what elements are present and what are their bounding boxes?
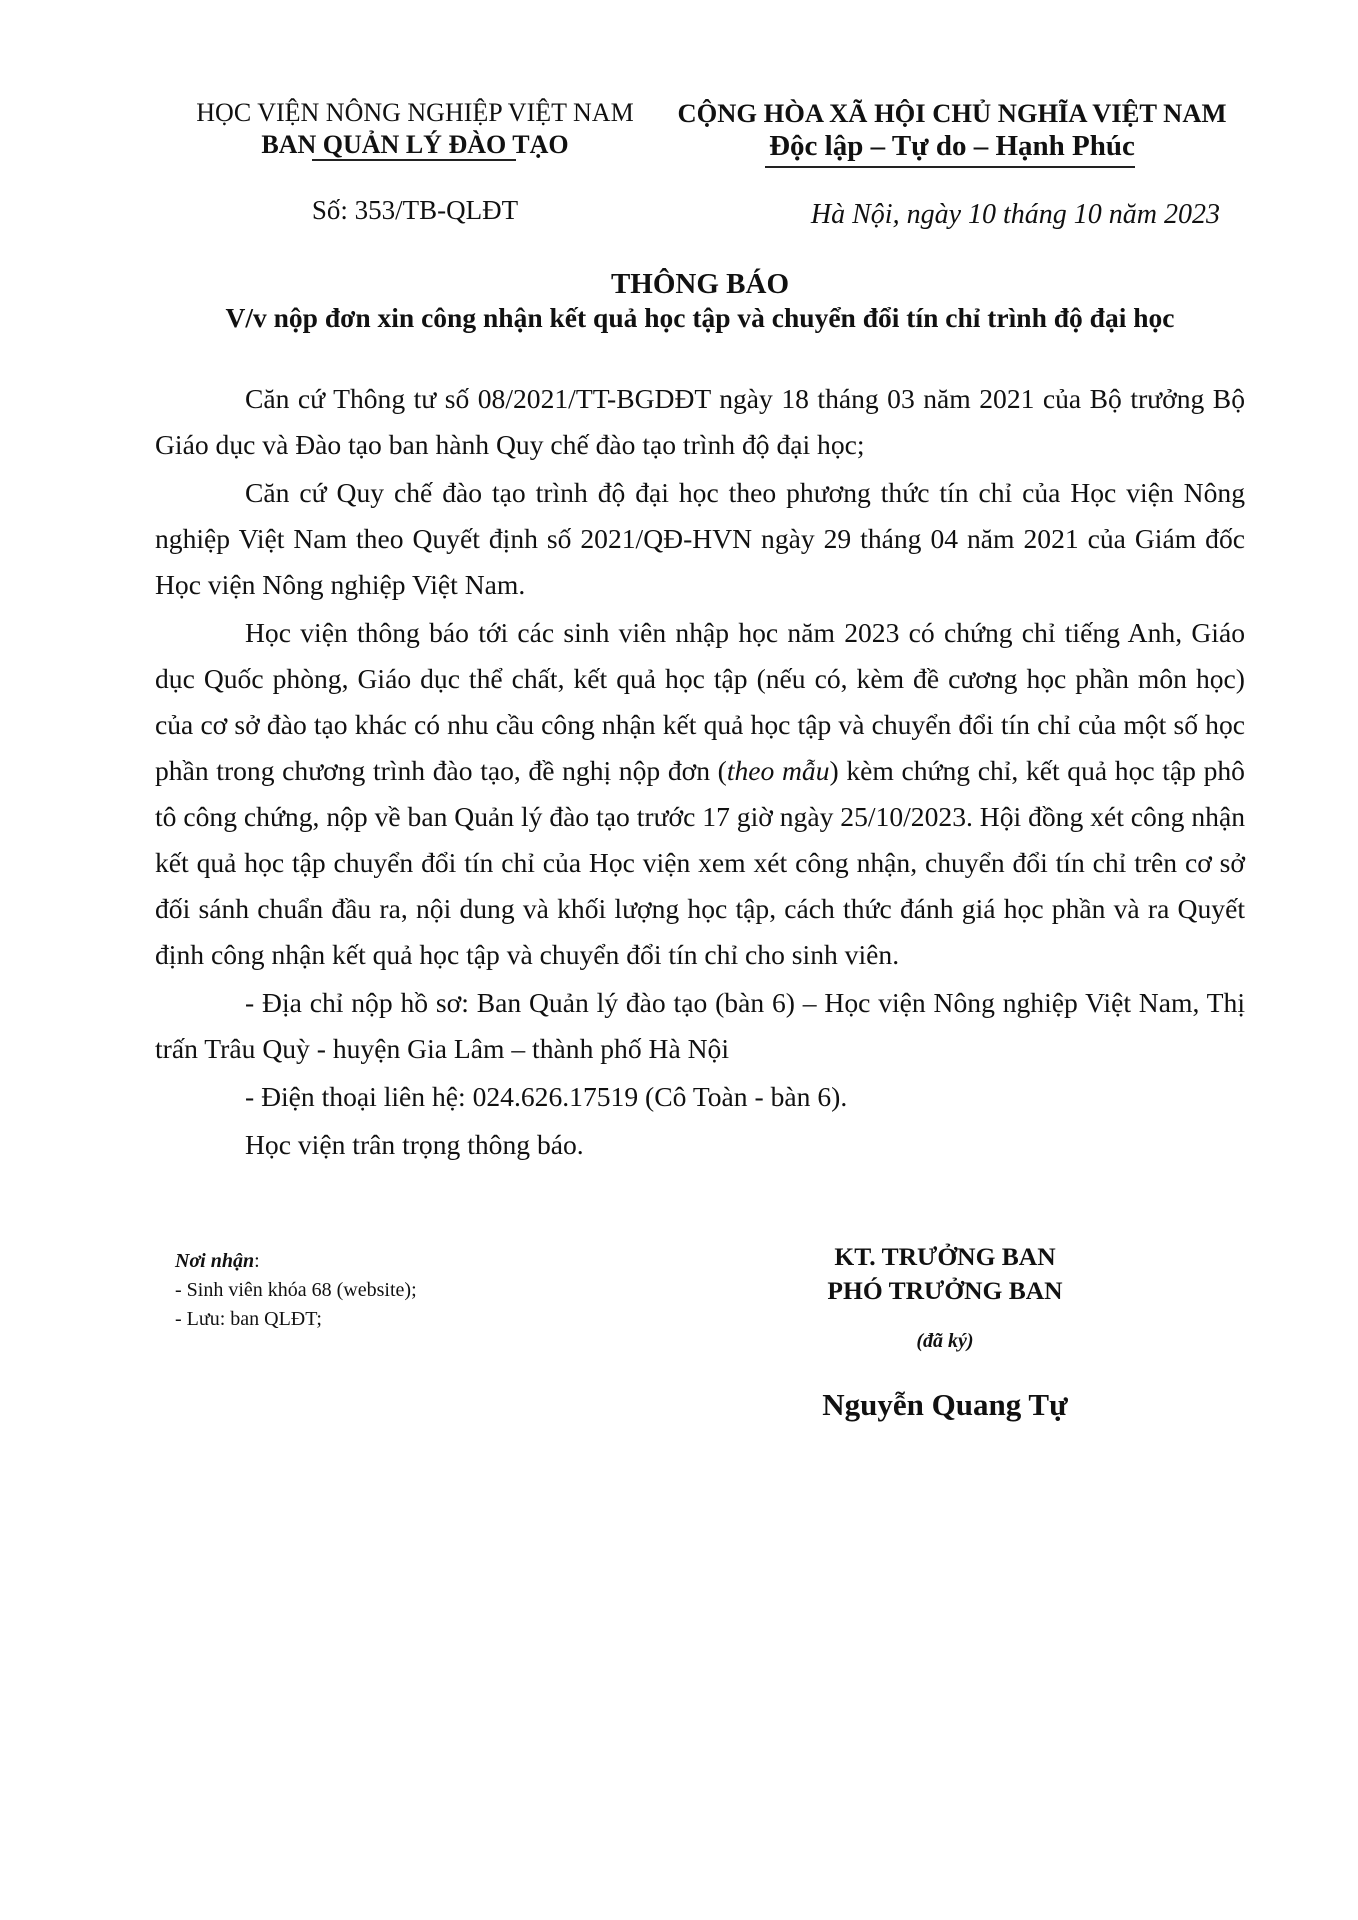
document-subject: V/v nộp đơn xin công nhận kết quả học tậ… <box>150 302 1250 334</box>
body-paragraph-legal-basis-1: Căn cứ Thông tư số 08/2021/TT-BGDĐT ngày… <box>155 376 1245 468</box>
signature-block: KT. TRƯỞNG BAN PHÓ TRƯỞNG BAN (đã ký) Ng… <box>780 1240 1110 1423</box>
body-paragraph-announcement: Học viện thông báo tới các sinh viên nhậ… <box>155 610 1245 978</box>
recipient-item: - Sinh viên khóa 68 (website); <box>175 1276 417 1305</box>
department-name: BAN QUẢN LÝ ĐÀO TẠO <box>190 130 640 160</box>
document-title: THÔNG BÁO <box>150 268 1250 301</box>
state-name: CỘNG HÒA XÃ HỘI CHỦ NGHĨA VIỆT NAM <box>672 98 1232 129</box>
recipients-block: Nơi nhận: - Sinh viên khóa 68 (website);… <box>175 1247 417 1334</box>
signer-role-secondary: PHÓ TRƯỞNG BAN <box>780 1274 1110 1308</box>
place-and-date: Hà Nội, ngày 10 tháng 10 năm 2023 <box>700 199 1220 231</box>
recipients-heading: Nơi nhận: <box>175 1247 417 1276</box>
institution-name: HỌC VIỆN NÔNG NGHIỆP VIỆT NAM <box>190 98 640 128</box>
signer-name: Nguyễn Quang Tự <box>780 1387 1110 1423</box>
signature-status: (đã ký) <box>780 1330 1110 1353</box>
motto-underline-divider <box>765 166 1135 168</box>
recipient-item: - Lưu: ban QLĐT; <box>175 1305 417 1334</box>
contact-phone: - Điện thoại liên hệ: 024.626.17519 (Cô … <box>155 1074 1245 1120</box>
document-body: Căn cứ Thông tư số 08/2021/TT-BGDĐT ngày… <box>155 376 1245 1170</box>
signer-role-primary: KT. TRƯỞNG BAN <box>780 1240 1110 1274</box>
body-paragraph-legal-basis-2: Căn cứ Quy chế đào tạo trình độ đại học … <box>155 470 1245 608</box>
document-number: Số: 353/TB-QLĐT <box>190 195 640 226</box>
department-underline-divider <box>312 159 516 161</box>
submission-address: - Địa chỉ nộp hồ sơ: Ban Quản lý đào tạo… <box>155 980 1245 1072</box>
announcement-form-reference: theo mẫu <box>727 755 830 786</box>
recipients-label: Nơi nhận <box>175 1250 254 1272</box>
national-motto: Độc lập – Tự do – Hạnh Phúc <box>672 130 1232 163</box>
closing-statement: Học viện trân trọng thông báo. <box>155 1122 1245 1168</box>
announcement-text-end: ) kèm chứng chỉ, kết quả học tập phô tô … <box>155 755 1245 970</box>
recipients-label-colon: : <box>254 1250 260 1272</box>
